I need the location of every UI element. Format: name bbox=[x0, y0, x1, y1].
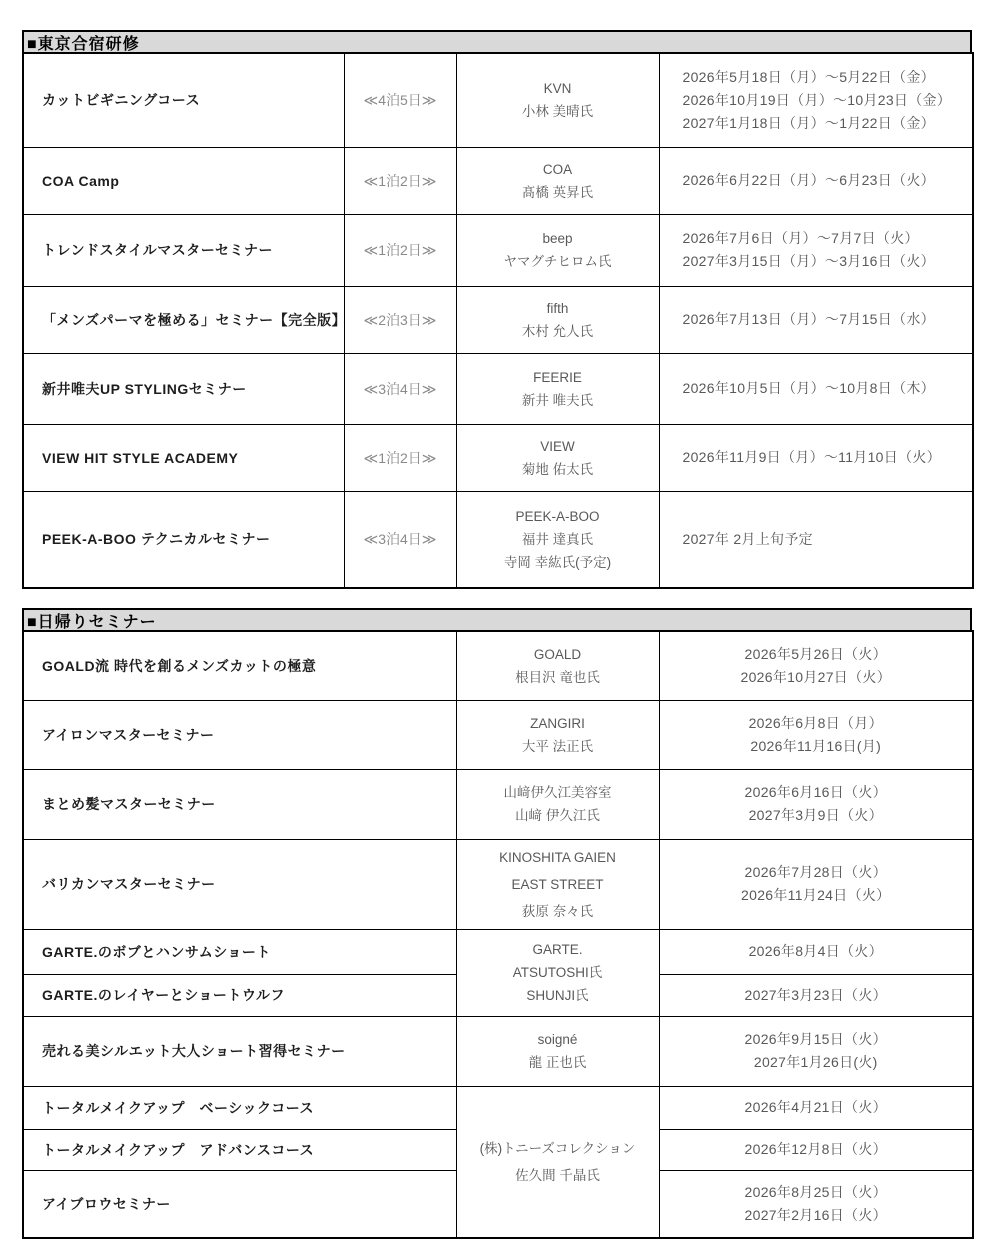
course-name: 新井唯夫UP STYLINGセミナー bbox=[42, 379, 344, 399]
duration-label: ≪1泊2日≫ bbox=[345, 171, 456, 191]
dates-cell: 2026年12月8日（火） bbox=[659, 1129, 973, 1170]
dates-cell: 2026年7月6日（月）～7月7日（火） 2027年3月15日（月）～3月16日… bbox=[659, 214, 973, 286]
course-name: GARTE.のレイヤーとショートウルフ bbox=[42, 985, 456, 1005]
course-cell: 「メンズパーマを極める」セミナー【完全版】 bbox=[23, 286, 344, 353]
course-name: バリカンマスターセミナー bbox=[42, 874, 456, 894]
lecturer-salon: GOALD bbox=[457, 643, 659, 666]
table-row: トータルメイクアップ ベーシックコース (株)トニーズコレクション 佐久間 千晶… bbox=[23, 1086, 973, 1129]
lecturer-cell: beep ヤマグチヒロム氏 bbox=[456, 214, 659, 286]
lecturer-salon: COA bbox=[457, 158, 659, 181]
day-seminar-table: GOALD流 時代を創るメンズカットの極意 GOALD 根目沢 竜也氏 2026… bbox=[22, 630, 974, 1239]
lecturer-salon: soigné bbox=[457, 1028, 659, 1051]
course-cell: トレンドスタイルマスターセミナー bbox=[23, 214, 344, 286]
course-cell: GARTE.のレイヤーとショートウルフ bbox=[23, 974, 456, 1016]
course-name: まとめ髪マスターセミナー bbox=[42, 794, 456, 814]
duration-cell: ≪2泊3日≫ bbox=[344, 286, 456, 353]
dates-cell: 2026年6月22日（月）～6月23日（火） bbox=[659, 147, 973, 214]
date-line: 2027年1月26日(火) bbox=[660, 1051, 973, 1074]
day-seminar-section: ■日帰りセミナー GOALD流 時代を創るメンズカットの極意 GOALD 根目沢… bbox=[22, 608, 972, 1239]
table-row: アイロンマスターセミナー ZANGIRI 大平 法正氏 2026年6月8日（月）… bbox=[23, 700, 973, 769]
date-line: 2026年10月27日（火） bbox=[660, 666, 973, 689]
lecturer-salon: EAST STREET bbox=[457, 871, 659, 898]
dates-cell: 2026年10月5日（月）～10月8日（木） bbox=[659, 353, 973, 424]
date-line: 2027年2月16日（火） bbox=[660, 1204, 973, 1227]
camp-section-title: ■東京合宿研修 bbox=[22, 30, 972, 54]
lecturer-cell: FEERIE 新井 唯夫氏 bbox=[456, 353, 659, 424]
date-line: 2026年8月4日（火） bbox=[660, 940, 973, 963]
duration-cell: ≪1泊2日≫ bbox=[344, 424, 456, 491]
lecturer-person: 荻原 奈々氏 bbox=[457, 898, 659, 925]
course-name: アイブロウセミナー bbox=[42, 1194, 456, 1214]
lecturer-person: 寺岡 幸紘氏(予定) bbox=[457, 551, 659, 574]
lecturer-person: SHUNJI氏 bbox=[457, 984, 659, 1007]
date-line: 2026年11月24日（火） bbox=[660, 884, 973, 907]
course-name: PEEK-A-BOO テクニカルセミナー bbox=[42, 529, 344, 549]
lecturer-cell: KVN 小林 美晴氏 bbox=[456, 53, 659, 147]
course-name: VIEW HIT STYLE ACADEMY bbox=[42, 450, 344, 466]
table-row: まとめ髪マスターセミナー 山﨑伊久江美容室 山﨑 伊久江氏 2026年6月16日… bbox=[23, 769, 973, 839]
duration-label: ≪4泊5日≫ bbox=[345, 90, 456, 110]
lecturer-salon: VIEW bbox=[457, 435, 659, 458]
dates-cell: 2026年8月25日（火） 2027年2月16日（火） bbox=[659, 1170, 973, 1238]
duration-label: ≪1泊2日≫ bbox=[345, 448, 456, 468]
course-cell: まとめ髪マスターセミナー bbox=[23, 769, 456, 839]
table-row: PEEK-A-BOO テクニカルセミナー ≪3泊4日≫ PEEK-A-BOO 福… bbox=[23, 491, 973, 588]
lecturer-salon: beep bbox=[457, 227, 659, 250]
lecturer-salon: KINOSHITA GAIEN bbox=[457, 844, 659, 871]
lecturer-cell: COA 髙橋 英昇氏 bbox=[456, 147, 659, 214]
course-cell: バリカンマスターセミナー bbox=[23, 839, 456, 929]
dates-cell: 2026年4月21日（火） bbox=[659, 1086, 973, 1129]
day-section-title: ■日帰りセミナー bbox=[22, 608, 972, 632]
lecturer-person: 小林 美晴氏 bbox=[457, 100, 659, 123]
lecturer-person: 山﨑 伊久江氏 bbox=[457, 804, 659, 827]
duration-cell: ≪1泊2日≫ bbox=[344, 214, 456, 286]
date-line: 2027年1月18日（月）～1月22日（金） bbox=[683, 112, 973, 135]
course-cell: GARTE.のボブとハンサムショート bbox=[23, 929, 456, 974]
date-line: 2026年4月21日（火） bbox=[660, 1096, 973, 1119]
date-line: 2027年3月23日（火） bbox=[660, 984, 973, 1007]
duration-label: ≪3泊4日≫ bbox=[345, 529, 456, 549]
lecturer-person: 佐久間 千晶氏 bbox=[457, 1162, 659, 1189]
course-cell: GOALD流 時代を創るメンズカットの極意 bbox=[23, 631, 456, 700]
course-name: COA Camp bbox=[42, 173, 344, 189]
date-line: 2026年6月16日（火） bbox=[660, 781, 973, 804]
course-cell: トータルメイクアップ ベーシックコース bbox=[23, 1086, 456, 1129]
date-line: 2026年7月13日（月）～7月15日（水） bbox=[683, 308, 973, 331]
course-name: トータルメイクアップ アドバンスコース bbox=[42, 1140, 456, 1160]
table-row: 「メンズパーマを極める」セミナー【完全版】 ≪2泊3日≫ fifth 木村 允人… bbox=[23, 286, 973, 353]
date-line: 2027年 2月上旬予定 bbox=[683, 528, 973, 551]
lecturer-person: ヤマグチヒロム氏 bbox=[457, 250, 659, 273]
course-name: カットビギニングコース bbox=[42, 90, 344, 110]
course-cell: 売れる美シルエット大人ショート習得セミナー bbox=[23, 1016, 456, 1086]
dates-cell: 2026年6月16日（火） 2027年3月9日（火） bbox=[659, 769, 973, 839]
dates-cell: 2026年5月26日（火） 2026年10月27日（火） bbox=[659, 631, 973, 700]
lecturer-person: 龍 正也氏 bbox=[457, 1051, 659, 1074]
date-line: 2026年5月18日（月）～5月22日（金） bbox=[683, 66, 973, 89]
date-line: 2026年9月15日（火） bbox=[660, 1028, 973, 1051]
lecturer-person: 新井 唯夫氏 bbox=[457, 389, 659, 412]
dates-cell: 2026年9月15日（火） 2027年1月26日(火) bbox=[659, 1016, 973, 1086]
lecturer-cell: soigné 龍 正也氏 bbox=[456, 1016, 659, 1086]
lecturer-cell: ZANGIRI 大平 法正氏 bbox=[456, 700, 659, 769]
table-row: GOALD流 時代を創るメンズカットの極意 GOALD 根目沢 竜也氏 2026… bbox=[23, 631, 973, 700]
lecturer-person: 菊地 佑太氏 bbox=[457, 458, 659, 481]
course-cell: VIEW HIT STYLE ACADEMY bbox=[23, 424, 344, 491]
date-line: 2027年3月15日（月）～3月16日（火） bbox=[683, 250, 973, 273]
course-cell: アイブロウセミナー bbox=[23, 1170, 456, 1238]
lecturer-salon: PEEK-A-BOO bbox=[457, 505, 659, 528]
duration-label: ≪2泊3日≫ bbox=[345, 310, 456, 330]
lecturer-salon: KVN bbox=[457, 77, 659, 100]
lecturer-salon: (株)トニーズコレクション bbox=[457, 1135, 659, 1162]
date-line: 2027年3月9日（火） bbox=[660, 804, 973, 827]
duration-cell: ≪1泊2日≫ bbox=[344, 147, 456, 214]
table-row: トレンドスタイルマスターセミナー ≪1泊2日≫ beep ヤマグチヒロム氏 20… bbox=[23, 214, 973, 286]
camp-training-table: カットビギニングコース ≪4泊5日≫ KVN 小林 美晴氏 2026年5月18日… bbox=[22, 52, 974, 589]
duration-cell: ≪4泊5日≫ bbox=[344, 53, 456, 147]
course-name: 「メンズパーマを極める」セミナー【完全版】 bbox=[42, 310, 344, 330]
date-line: 2026年6月8日（月） bbox=[660, 712, 973, 735]
date-line: 2026年7月28日（火） bbox=[660, 861, 973, 884]
date-line: 2026年10月19日（月）～10月23日（金） bbox=[683, 89, 973, 112]
course-name: GOALD流 時代を創るメンズカットの極意 bbox=[42, 656, 456, 676]
date-line: 2026年11月16日(月) bbox=[660, 735, 973, 758]
duration-label: ≪3泊4日≫ bbox=[345, 379, 456, 399]
lecturer-person: ATSUTOSHI氏 bbox=[457, 961, 659, 984]
lecturer-salon: fifth bbox=[457, 297, 659, 320]
duration-cell: ≪3泊4日≫ bbox=[344, 353, 456, 424]
dates-cell: 2026年7月13日（月）～7月15日（水） bbox=[659, 286, 973, 353]
lecturer-cell: 山﨑伊久江美容室 山﨑 伊久江氏 bbox=[456, 769, 659, 839]
course-cell: トータルメイクアップ アドバンスコース bbox=[23, 1129, 456, 1170]
lecturer-salon: FEERIE bbox=[457, 366, 659, 389]
table-row: GARTE.のボブとハンサムショート GARTE. ATSUTOSHI氏 SHU… bbox=[23, 929, 973, 974]
dates-cell: 2026年7月28日（火） 2026年11月24日（火） bbox=[659, 839, 973, 929]
lecturer-cell: (株)トニーズコレクション 佐久間 千晶氏 bbox=[456, 1086, 659, 1238]
date-line: 2026年6月22日（月）～6月23日（火） bbox=[683, 169, 973, 192]
table-row: 売れる美シルエット大人ショート習得セミナー soigné 龍 正也氏 2026年… bbox=[23, 1016, 973, 1086]
date-line: 2026年5月26日（火） bbox=[660, 643, 973, 666]
duration-cell: ≪3泊4日≫ bbox=[344, 491, 456, 588]
table-row: カットビギニングコース ≪4泊5日≫ KVN 小林 美晴氏 2026年5月18日… bbox=[23, 53, 973, 147]
lecturer-salon: ZANGIRI bbox=[457, 712, 659, 735]
table-row: COA Camp ≪1泊2日≫ COA 髙橋 英昇氏 2026年6月22日（月）… bbox=[23, 147, 973, 214]
table-row: 新井唯夫UP STYLINGセミナー ≪3泊4日≫ FEERIE 新井 唯夫氏 … bbox=[23, 353, 973, 424]
course-name: 売れる美シルエット大人ショート習得セミナー bbox=[42, 1041, 456, 1061]
lecturer-salon: 山﨑伊久江美容室 bbox=[457, 781, 659, 804]
lecturer-person: 髙橋 英昇氏 bbox=[457, 181, 659, 204]
course-cell: COA Camp bbox=[23, 147, 344, 214]
dates-cell: 2026年5月18日（月）～5月22日（金） 2026年10月19日（月）～10… bbox=[659, 53, 973, 147]
dates-cell: 2027年3月23日（火） bbox=[659, 974, 973, 1016]
dates-cell: 2026年6月8日（月） 2026年11月16日(月) bbox=[659, 700, 973, 769]
lecturer-cell: GARTE. ATSUTOSHI氏 SHUNJI氏 bbox=[456, 929, 659, 1016]
course-name: GARTE.のボブとハンサムショート bbox=[42, 942, 456, 962]
lecturer-cell: VIEW 菊地 佑太氏 bbox=[456, 424, 659, 491]
dates-cell: 2026年11月9日（月）～11月10日（火） bbox=[659, 424, 973, 491]
dates-cell: 2026年8月4日（火） bbox=[659, 929, 973, 974]
date-line: 2026年11月9日（月）～11月10日（火） bbox=[683, 446, 973, 469]
course-cell: アイロンマスターセミナー bbox=[23, 700, 456, 769]
course-cell: カットビギニングコース bbox=[23, 53, 344, 147]
table-row: バリカンマスターセミナー KINOSHITA GAIEN EAST STREET… bbox=[23, 839, 973, 929]
date-line: 2026年12月8日（火） bbox=[660, 1138, 973, 1161]
duration-label: ≪1泊2日≫ bbox=[345, 240, 456, 260]
date-line: 2026年8月25日（火） bbox=[660, 1181, 973, 1204]
camp-training-section: ■東京合宿研修 カットビギニングコース ≪4泊5日≫ KVN 小林 美晴氏 20… bbox=[22, 30, 972, 589]
lecturer-person: 根目沢 竜也氏 bbox=[457, 666, 659, 689]
lecturer-cell: GOALD 根目沢 竜也氏 bbox=[456, 631, 659, 700]
table-row: VIEW HIT STYLE ACADEMY ≪1泊2日≫ VIEW 菊地 佑太… bbox=[23, 424, 973, 491]
lecturer-person: 木村 允人氏 bbox=[457, 320, 659, 343]
course-cell: 新井唯夫UP STYLINGセミナー bbox=[23, 353, 344, 424]
lecturer-cell: KINOSHITA GAIEN EAST STREET 荻原 奈々氏 bbox=[456, 839, 659, 929]
lecturer-cell: PEEK-A-BOO 福井 達真氏 寺岡 幸紘氏(予定) bbox=[456, 491, 659, 588]
course-cell: PEEK-A-BOO テクニカルセミナー bbox=[23, 491, 344, 588]
course-name: トレンドスタイルマスターセミナー bbox=[42, 240, 344, 260]
lecturer-person: 福井 達真氏 bbox=[457, 528, 659, 551]
lecturer-salon: GARTE. bbox=[457, 938, 659, 961]
course-name: アイロンマスターセミナー bbox=[42, 725, 456, 745]
document-page: ■東京合宿研修 カットビギニングコース ≪4泊5日≫ KVN 小林 美晴氏 20… bbox=[22, 30, 972, 1239]
lecturer-person: 大平 法正氏 bbox=[457, 735, 659, 758]
lecturer-cell: fifth 木村 允人氏 bbox=[456, 286, 659, 353]
date-line: 2026年10月5日（月）～10月8日（木） bbox=[683, 377, 973, 400]
dates-cell: 2027年 2月上旬予定 bbox=[659, 491, 973, 588]
course-name: トータルメイクアップ ベーシックコース bbox=[42, 1098, 456, 1118]
date-line: 2026年7月6日（月）～7月7日（火） bbox=[683, 227, 973, 250]
